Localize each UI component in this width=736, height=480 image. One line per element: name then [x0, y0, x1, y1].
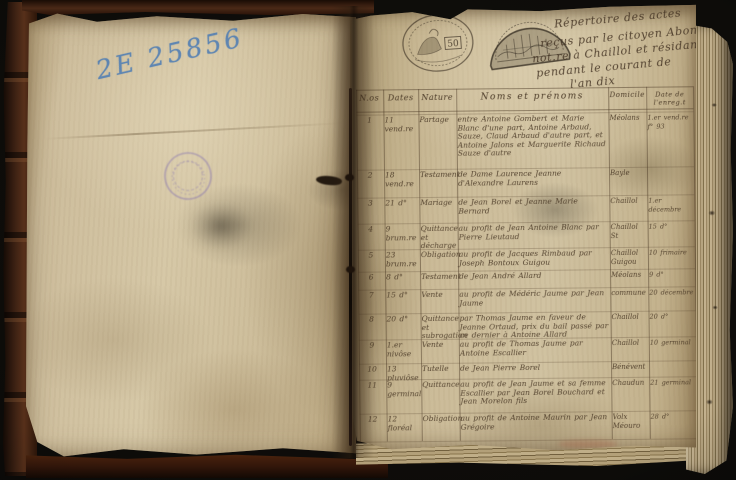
register-row: 1013 pluviôseTutellede Jean Pierre Borel…: [359, 360, 696, 365]
register-cell-enreg: 20 décembre: [649, 288, 694, 297]
register-cell-domicile: Chaillol St: [611, 223, 646, 240]
register-cell-enreg: 10 germinal: [650, 338, 695, 347]
column-header-domicile: Domicile: [608, 91, 646, 99]
register-cell-names: au profit de Thomas Jaume par Antoine Es…: [460, 339, 610, 358]
register-cell-domicile: Chaudun: [612, 379, 647, 388]
register-page: 50 Répertoire des actes reçus par le cit…: [350, 4, 696, 452]
register-cell-enreg: 1.er décembre: [648, 196, 693, 213]
register-cell-domicile: Volx Méouro: [613, 413, 648, 430]
register-row: 820 d°Quittance et subrogationpar Thomas…: [358, 310, 695, 315]
register-row: 523 brum.reObligationau profit de Jacque…: [358, 246, 695, 251]
register-cell-domicile: Chaillol: [610, 197, 645, 206]
round-violet-archive-stamp-icon: [154, 142, 222, 210]
register-cell-domicile: Méolans: [609, 114, 644, 123]
register-cell-date: 15 d°: [386, 291, 419, 300]
archive-cote-number: 2E 25856: [94, 14, 295, 84]
register-cell-domicile: Chaillol: [611, 313, 646, 322]
binding-knot: [345, 174, 354, 181]
register-row: 321 d°Mariagede Jean Borel et Jeanne Mar…: [357, 194, 694, 199]
register-row: 1212 floréalObligationau profit de Antoi…: [360, 410, 697, 415]
register-row: 218 vend.reTestamentde Dame Laurence Jea…: [357, 166, 694, 171]
column-header-dates: Dates: [383, 93, 418, 102]
register-cell-names: au profit de Jean Jaume et sa femme Esca…: [460, 379, 610, 406]
register-cell-enreg: 20 d°: [649, 312, 694, 321]
register-cell-date: 9 brum.re: [386, 225, 419, 242]
register-cell-nature: Quittance et décharge: [421, 225, 456, 251]
register-cell-names: de Jean André Allard: [459, 271, 609, 281]
register-cell-nature: Partage: [419, 116, 454, 125]
archival-photo-scene: 2E 25856 50: [0, 0, 736, 480]
register-cell-domicile: Bayle: [610, 169, 645, 178]
register-cell-nature: Obligation: [421, 251, 456, 260]
register-cell-nature: Tutelle: [422, 365, 457, 374]
register-cell-enreg: 10 frimaire: [649, 248, 694, 257]
register-cell-names: au profit de Jean Antoine Blanc par Pier…: [459, 223, 609, 242]
page-crease: [44, 122, 344, 140]
register-cell-domicile: Bénévent: [612, 363, 647, 372]
register-cell-date: 23 brum.re: [386, 251, 419, 268]
binding-gutter-shadow: [332, 6, 374, 458]
register-cell-enreg: 9 d°: [649, 270, 694, 279]
register-row: 68 d°Testamentde Jean André AllardMéolan…: [358, 268, 695, 273]
register-cell-names: au profit de Médéric Jaume par Jean Jaum…: [459, 289, 609, 308]
register-cell-date: 21 d°: [385, 199, 418, 208]
faded-red-stain: [558, 440, 618, 448]
register-cell-date: 1.er nivôse: [387, 341, 420, 358]
revenue-stamp-icon: 50: [398, 9, 478, 78]
register-cell-names: par Thomas Jaume en faveur de Jeanne Ort…: [460, 313, 610, 340]
register-cell-names: entre Antoine Gombert et Marie Blanc d'u…: [457, 114, 607, 158]
acts-register-table: N.os Dates Nature Noms et prénoms Domici…: [356, 86, 698, 446]
register-cell-names: de Jean Borel et Jeanne Marie Bernard: [458, 197, 608, 216]
register-cell-enreg: 1.er vend.re f° 93: [647, 113, 692, 130]
revenue-stamp-value: 50: [447, 39, 459, 50]
ink-blot-stain: [190, 202, 252, 250]
register-cell-nature: Obligation: [423, 415, 458, 424]
column-header-names: Noms et prénoms: [456, 91, 608, 103]
binding-knot: [346, 266, 355, 273]
register-cell-nature: Vente: [422, 341, 457, 350]
register-cell-enreg: 15 d°: [649, 222, 694, 231]
register-cell-nature: Mariage: [420, 199, 455, 208]
column-header-nature: Nature: [418, 93, 456, 102]
register-cell-nature: Testament: [421, 273, 456, 282]
register-cell-date: 9 germinal: [387, 381, 420, 398]
book-cover-top-edge: [22, 0, 374, 15]
register-cell-domicile: commune: [611, 289, 646, 298]
column-header-enregistrement: Date de l'enreg.t: [646, 90, 693, 106]
register-cell-nature: Vente: [421, 291, 456, 300]
register-cell-nature: Quittance et subrogation: [422, 315, 457, 341]
register-row: 49 brum.reQuittance et déchargeau profit…: [358, 220, 695, 225]
register-cell-date: 18 vend.re: [385, 171, 418, 188]
register-cell-enreg: 28 d°: [651, 412, 696, 421]
register-cell-date: 20 d°: [387, 315, 420, 324]
register-row: 715 d°Venteau profit de Médéric Jaume pa…: [358, 286, 695, 291]
register-cell-date: 11 vend.re: [384, 116, 417, 133]
register-cell-domicile: Chaillol Guigou: [611, 249, 646, 266]
register-cell-names: de Jean Pierre Borel: [460, 363, 610, 373]
register-cell-names: au profit de Antoine Maurin par Jean Gré…: [461, 413, 611, 432]
register-cell-domicile: Méolans: [611, 271, 646, 280]
register-cell-date: 12 floréal: [388, 415, 421, 432]
register-cell-names: au profit de Jacques Rimbaud par Joseph …: [459, 249, 609, 268]
table-grid-line: [360, 438, 697, 443]
register-cell-enreg: 21 germinal: [650, 378, 695, 387]
register-cell-date: 8 d°: [386, 273, 419, 282]
register-cell-domicile: Chaillol: [612, 339, 647, 348]
left-flyleaf-page: 2E 25856: [24, 10, 356, 460]
register-cell-names: de Dame Laurence Jeanne d'Alexandre Laur…: [458, 169, 608, 188]
register-cell-nature: Testament: [420, 171, 455, 180]
register-cell-nature: Quittance: [422, 381, 457, 390]
